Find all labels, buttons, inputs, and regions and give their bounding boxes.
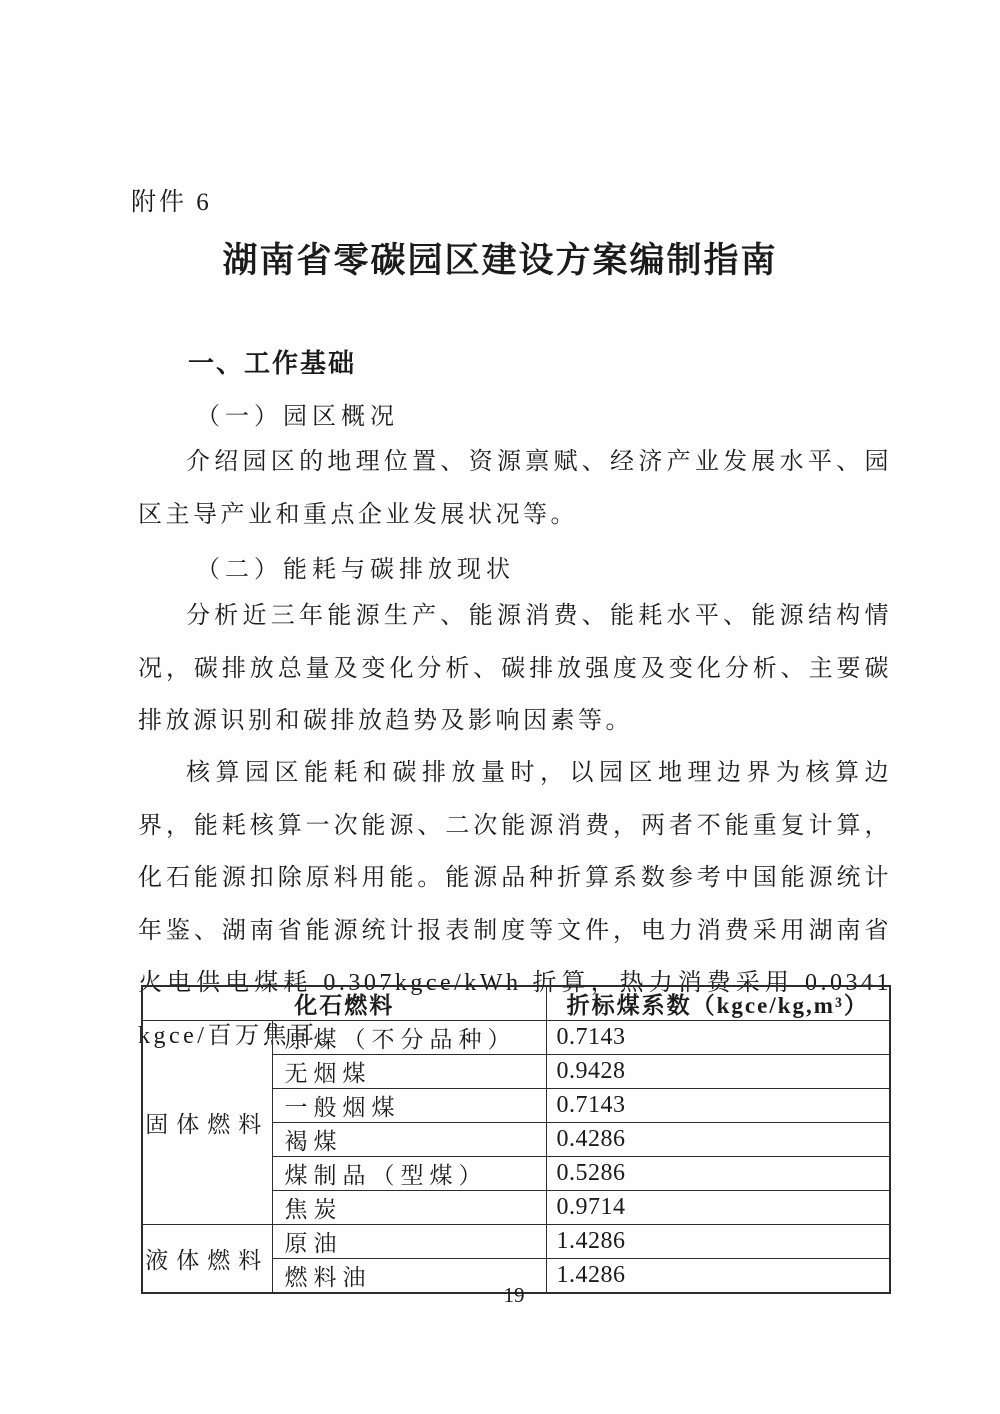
- table-header-row: 化石燃料 折标煤系数（kgce/kg,m³）: [142, 986, 890, 1021]
- table-row: 固体燃料 原煤（不分品种） 0.7143: [142, 1021, 890, 1055]
- fuel-name-cell: 无烟煤: [272, 1055, 546, 1089]
- coefficient-value-cell: 0.4286: [546, 1123, 890, 1157]
- sub-heading-energy-carbon-status: （二）能耗与碳排放现状: [196, 549, 515, 584]
- coefficient-value-cell: 0.9714: [546, 1191, 890, 1225]
- table-header-fossil-fuel: 化石燃料: [142, 986, 546, 1021]
- coefficient-value-cell: 0.9428: [546, 1055, 890, 1089]
- fuel-name-cell: 煤制品（型煤）: [272, 1157, 546, 1191]
- coefficient-value-cell: 0.5286: [546, 1157, 890, 1191]
- document-title: 湖南省零碳园区建设方案编制指南: [124, 233, 876, 283]
- document-page: 附件 6 湖南省零碳园区建设方案编制指南 一、工作基础 （一）园区概况 介绍园区…: [0, 0, 1000, 1414]
- coefficient-value-cell: 1.4286: [546, 1225, 890, 1259]
- paragraph-park-overview: 介绍园区的地理位置、资源禀赋、经济产业发展水平、园区主导产业和重点企业发展状况等…: [138, 436, 892, 541]
- coefficient-value-cell: 0.7143: [546, 1021, 890, 1055]
- fuel-name-cell: 焦炭: [272, 1191, 546, 1225]
- section-heading-work-basis: 一、工作基础: [188, 343, 356, 380]
- fuel-coefficient-table: 化石燃料 折标煤系数（kgce/kg,m³） 固体燃料 原煤（不分品种） 0.7…: [141, 985, 891, 1294]
- group-cell-solid-fuel: 固体燃料: [142, 1021, 272, 1225]
- attachment-label: 附件 6: [131, 182, 212, 218]
- table-row: 液体燃料 原油 1.4286: [142, 1225, 890, 1259]
- table-header-coefficient: 折标煤系数（kgce/kg,m³）: [546, 986, 890, 1021]
- fuel-name-cell: 褐煤: [272, 1123, 546, 1157]
- fuel-name-cell: 一般烟煤: [272, 1089, 546, 1123]
- fuel-name-cell: 原煤（不分品种）: [272, 1021, 546, 1055]
- coefficient-value-cell: 0.7143: [546, 1089, 890, 1123]
- sub-heading-park-overview: （一）园区概况: [196, 396, 399, 431]
- paragraph-energy-analysis: 分析近三年能源生产、能源消费、能耗水平、能源结构情况，碳排放总量及变化分析、碳排…: [138, 590, 892, 748]
- fuel-name-cell: 原油: [272, 1225, 546, 1259]
- page-number: 19: [138, 1283, 890, 1308]
